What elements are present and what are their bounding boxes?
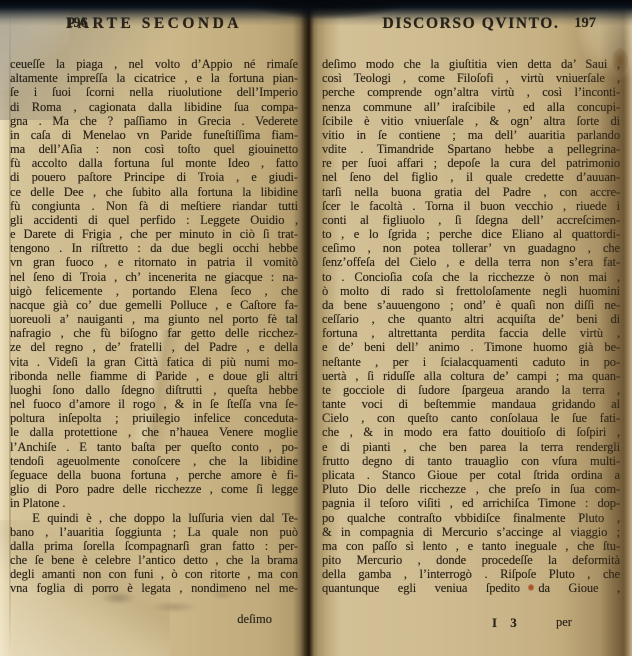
- text-line: e de’ beni dell’ animo . Timone huomo gi…: [322, 340, 620, 354]
- text-line: nel ſeno di Troia , ch’ incenerita ne gi…: [10, 270, 298, 284]
- text-line: tendoſi ageuolmente conoſcere , che la l…: [10, 454, 298, 468]
- left-page-text: ceueſſe la piaga , nel volto d’Appio né …: [10, 57, 298, 596]
- text-line: perche comprende ogn’altra virtù , così …: [322, 85, 620, 99]
- text-line: che ſe bene è celebre l’antico detto , c…: [10, 553, 298, 567]
- text-line: neſtante , per i ſcialacquamenti caduto …: [322, 355, 620, 369]
- text-line: ceueſſe la piaga , nel volto d’Appio né …: [10, 57, 298, 71]
- right-page-text: deſimo modo che la giuſtitia vien detta …: [322, 57, 620, 596]
- text-line: nafragio , che fù biſogno far getto dell…: [10, 326, 298, 340]
- text-line: da bene s’auuengono ; ond’ è quaſi non d…: [322, 298, 620, 312]
- text-line: fù congiunta . Non fà di meſtiere rianda…: [10, 199, 298, 213]
- text-line: Pluto Dio delle ricchezze , che preſo in…: [322, 482, 620, 496]
- text-line: uoreuoli a’ nauiganti , ma giunto nel po…: [10, 312, 298, 326]
- text-line: in caſa di Menelao vn Paride funeſtiſſim…: [10, 128, 298, 142]
- text-line: luoghi ſono dallo ſdegno diſtrutti , que…: [10, 383, 298, 397]
- text-line: ſcer le facoltà . Torna il buon vecchio …: [322, 199, 620, 213]
- text-line: to . Concioſia coſa che la ricchezze ò n…: [322, 270, 620, 284]
- text-line: ſcibile è vitio vniuerſale , & ogn’ altr…: [322, 114, 620, 128]
- text-line: l’Anchiſe . E tanto baſta per queſto con…: [10, 440, 298, 454]
- text-line: nel ſeno del figlio , il quale credette …: [322, 170, 620, 184]
- text-line: fortuna , altrettanta perdita faccia del…: [322, 326, 620, 340]
- text-line: ribonda nelle fiamme di Paride , e doue …: [10, 369, 298, 383]
- left-page: 196 PARTE SECONDA ceueſſe la piaga , nel…: [10, 8, 298, 596]
- text-line: uertà , ſi riduſſe alla coltura de’ camp…: [322, 369, 620, 383]
- text-line: e di pianti , che ben parea la terra ren…: [322, 440, 620, 454]
- left-page-header: 196 PARTE SECONDA: [10, 8, 298, 57]
- catchword-right: per: [556, 615, 572, 630]
- text-line: ſe i ſuoi ſcorni nella riuolutione dell’…: [10, 85, 298, 99]
- text-line: nenza commune all’ iraſcibile , ed alla …: [322, 100, 620, 114]
- text-line: tengono . In riſtretto : da due begli oc…: [10, 241, 298, 255]
- text-line: E quindi è , che doppo la luſſuria vien …: [10, 511, 298, 525]
- text-line: vitio in ſe contiene ; ma dell’ auaritia…: [322, 128, 620, 142]
- text-line: nacque già co’ due gemelli Polluce , e C…: [10, 298, 298, 312]
- text-line: poltura inſepolta ; priuilegio infelice …: [10, 411, 298, 425]
- text-line: ſenz’offeſa del Cielo , e della terra no…: [322, 255, 620, 269]
- text-line: dalla prima ſorella ſcompagnarſi gran fa…: [10, 539, 298, 553]
- text-line: fù accolto dalla fortuna ſul monte Ideo …: [10, 156, 298, 170]
- text-line: ce delle Dee , che ſubito alla fortuna l…: [10, 185, 298, 199]
- text-line: conti al figliuolo , ſi ſdegna dell’ acc…: [322, 213, 620, 227]
- text-line: Cielo , con queſto canto conſolaua le ſu…: [322, 411, 620, 425]
- right-page-header: DISCORSO QVINTO. 197: [322, 8, 620, 57]
- text-line: altamente impreſſa la cicatrice , e la f…: [10, 71, 298, 85]
- text-line: tarſi nella buona gratia del Padre , con…: [322, 185, 620, 199]
- text-line: re per ſuoi affari ; depoſe la cura del …: [322, 156, 620, 170]
- text-line: ma con paſſo sì lento , e tanto ineguale…: [322, 539, 620, 553]
- text-line: ceſimo , non potea tollerar’ vn guadagno…: [322, 241, 620, 255]
- text-line: degli amanti non con funi , ò con ritort…: [10, 567, 298, 581]
- page-number-right: 197: [574, 15, 596, 32]
- catchword-left: deſimo: [237, 612, 272, 627]
- text-line: te gocciole di ſudore ſpargeua arando la…: [322, 383, 620, 397]
- text-line: frutto degno di tanto trauaglio con vſur…: [322, 454, 620, 468]
- text-line: gna . Ma che ? paſſiamo in Grecia . Vede…: [10, 114, 298, 128]
- text-line: bano , l’auaritia ſoggiunta ; La quale n…: [10, 525, 298, 539]
- text-line: pagnia il teſoro viſiti , ed arrichiſca …: [322, 496, 620, 510]
- text-line: ſeguace della buona fortuna , perche amo…: [10, 468, 298, 482]
- text-line: & in compagnia di Mercurio s’accinge al …: [322, 525, 620, 539]
- text-line: plicata . Stanco Gioue per cotal ſtrida …: [322, 468, 620, 482]
- text-line: gli accidenti di quel perfido : Leggete …: [10, 213, 298, 227]
- text-line: vna foglia di porro è legata , nondimeno…: [10, 581, 298, 595]
- text-line: vita . Videſi la gran Città fatica di pi…: [10, 355, 298, 369]
- text-line: di pouero paſtore Principe di Troia , e …: [10, 170, 298, 184]
- text-line: po qualche contraſto vbbidiſce finalment…: [322, 511, 620, 525]
- text-line: in Platone .: [10, 496, 298, 510]
- right-page: DISCORSO QVINTO. 197 deſimo modo che la …: [322, 8, 620, 596]
- text-line: che , & in modo era fatto douitioſo di ſ…: [322, 425, 620, 439]
- text-line: pito Mercurio , donde procedeſſe la defo…: [322, 553, 620, 567]
- text-line: di Roma , cagionata dalla libidine ſua c…: [10, 100, 298, 114]
- text-line: tante voci di beſtemmie mandaua gridando…: [322, 397, 620, 411]
- text-line: vdite . Timandride Spartano hebbe a pell…: [322, 142, 620, 156]
- text-line: ò molto di rado sì frettoloſamente negli…: [322, 284, 620, 298]
- signature-mark: I 3: [492, 615, 522, 631]
- text-line: ceſſario , che quanto altri acquiſta de’…: [322, 312, 620, 326]
- text-line: della gamba , l’interrogò . Riſpoſe Plut…: [322, 567, 620, 581]
- text-line: ze del regno , de’ fratelli , del Padre …: [10, 340, 298, 354]
- text-line: quantunque egli veniua ſpedito da Gioue …: [322, 581, 620, 595]
- text-line: nel fuoco d’amore il rogo , & in ſe ſteſ…: [10, 397, 298, 411]
- text-line: così Teologi , come Filoſofi , virtù vni…: [322, 71, 620, 85]
- running-title-left: PARTE SECONDA: [10, 15, 298, 33]
- text-line: glio di Poro padre delle ricchezze , com…: [10, 482, 298, 496]
- text-line: to , e lo ſgrida ; perche dice Eliano al…: [322, 227, 620, 241]
- text-line: uigò felicemente , portando Elena ſeco ,…: [10, 284, 298, 298]
- book-scan: 196 PARTE SECONDA ceueſſe la piaga , nel…: [0, 0, 632, 656]
- text-line: vn gran fuoco , e ritornato in patria il…: [10, 255, 298, 269]
- text-line: ma dell’Aſia : non così toſto quel gioui…: [10, 142, 298, 156]
- text-line: e Darete di Frigia , che per minuto in c…: [10, 227, 298, 241]
- text-line: le dalla protettione , che n’hauea Vener…: [10, 425, 298, 439]
- signature-row: I 3 per: [322, 615, 620, 630]
- page-number-left: 196: [66, 15, 88, 32]
- text-line: deſimo modo che la giuſtitia vien detta …: [322, 57, 620, 71]
